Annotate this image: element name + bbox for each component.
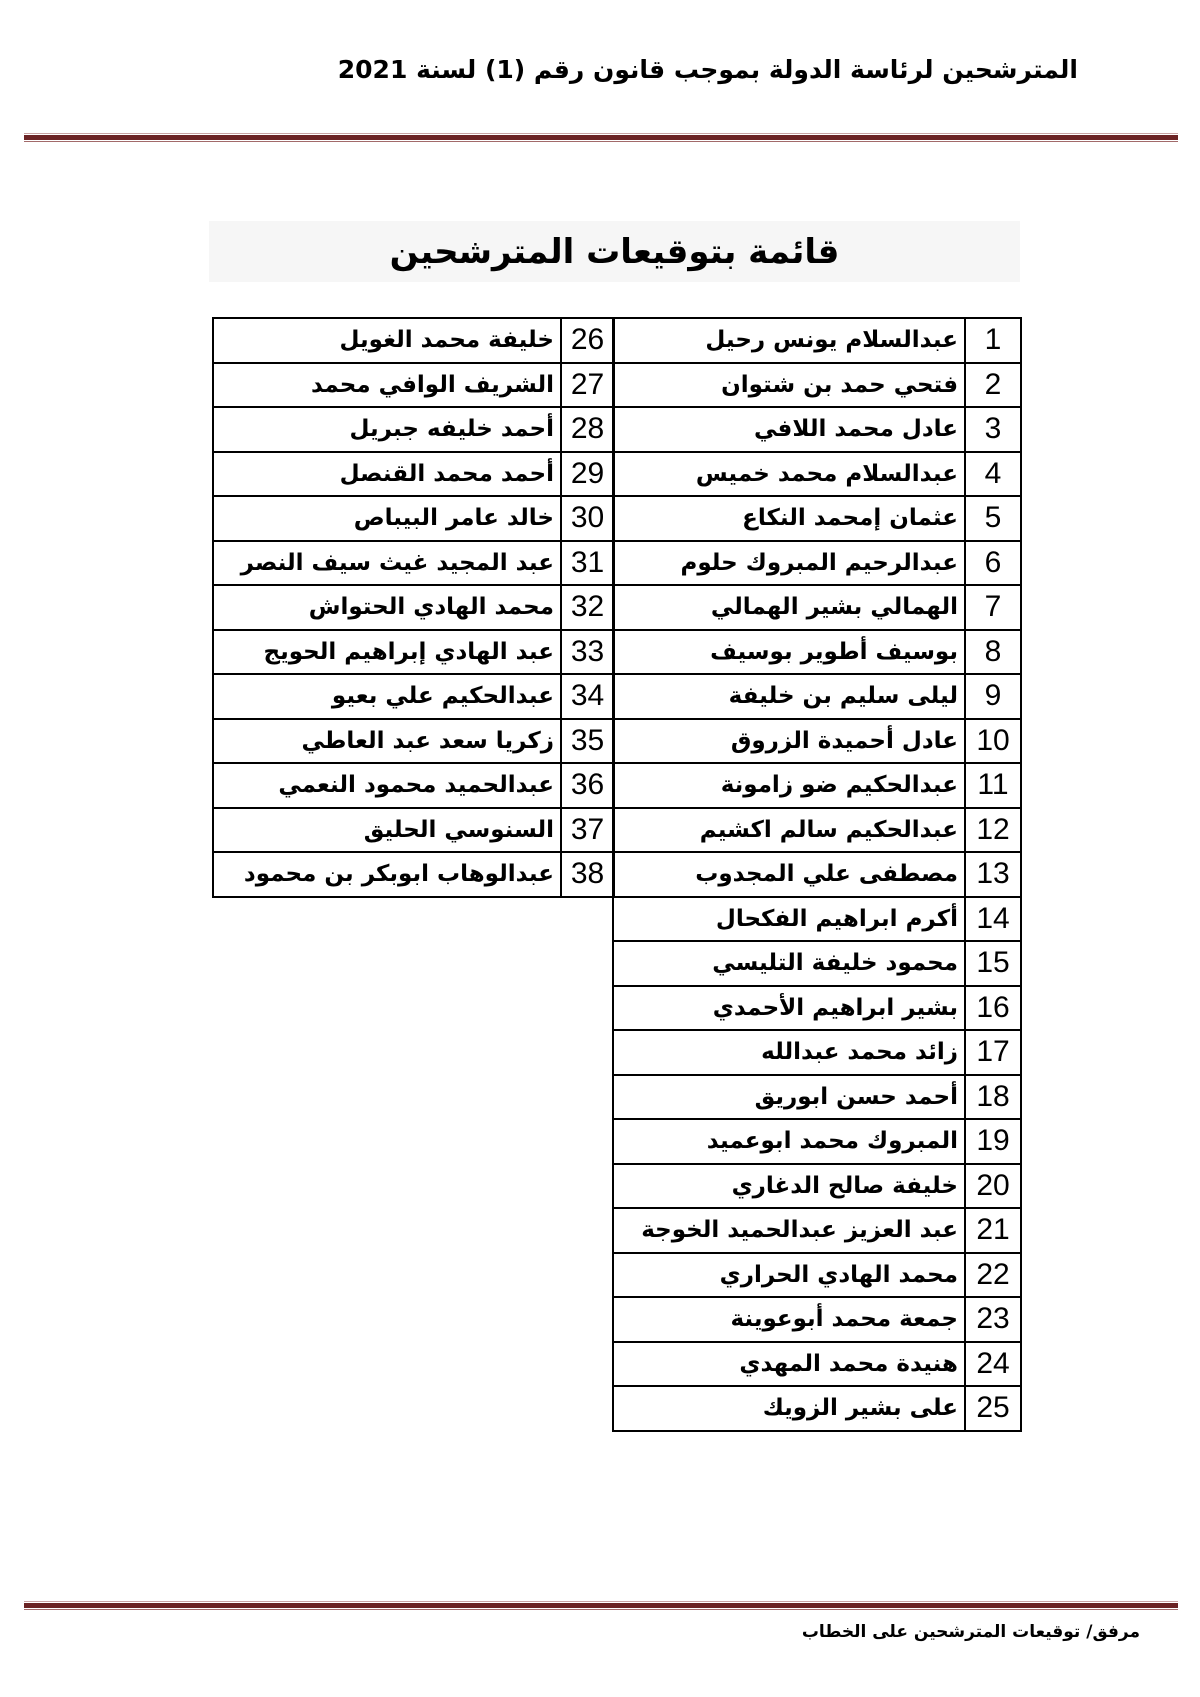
candidate-name: أحمد حسن ابوريق xyxy=(613,1075,965,1120)
candidate-name: بوسيف أطوير بوسيف xyxy=(613,630,965,675)
candidate-number: 20 xyxy=(965,1164,1021,1209)
candidate-number: 23 xyxy=(965,1297,1021,1342)
candidate-row: 27الشريف الوافي محمد xyxy=(213,363,614,408)
candidate-name: عبدالرحيم المبروك حلوم xyxy=(613,541,965,586)
candidate-name: عبدالحكيم ضو زامونة xyxy=(613,763,965,808)
candidate-row: 35زكريا سعد عبد العاطي xyxy=(213,719,614,764)
candidate-number: 15 xyxy=(965,941,1021,986)
candidate-number: 8 xyxy=(965,630,1021,675)
candidate-name: ليلى سليم بن خليفة xyxy=(613,674,965,719)
candidate-number: 27 xyxy=(561,363,614,408)
candidate-row: 33عبد الهادي إبراهيم الحويج xyxy=(213,630,614,675)
candidate-name: عادل محمد اللافي xyxy=(613,407,965,452)
candidate-name: عبد الهادي إبراهيم الحويج xyxy=(213,630,561,675)
candidate-number: 19 xyxy=(965,1119,1021,1164)
candidate-number: 37 xyxy=(561,808,614,853)
header-divider xyxy=(24,133,1178,142)
candidate-row: 36عبدالحميد محمود النعمي xyxy=(213,763,614,808)
candidates-table-left: 26خليفة محمد الغويل27الشريف الوافي محمد2… xyxy=(212,317,615,898)
candidate-number: 4 xyxy=(965,452,1021,497)
candidate-number: 3 xyxy=(965,407,1021,452)
candidate-row: 7الهمالي بشير الهمالي xyxy=(613,585,1021,630)
candidate-number: 16 xyxy=(965,986,1021,1031)
candidate-name: أكرم ابراهيم الفكحال xyxy=(613,897,965,942)
candidate-name: الهمالي بشير الهمالي xyxy=(613,585,965,630)
candidate-name: أحمد خليفه جبريل xyxy=(213,407,561,452)
candidate-number: 29 xyxy=(561,452,614,497)
candidate-name: على بشير الزويك xyxy=(613,1386,965,1431)
candidate-number: 7 xyxy=(965,585,1021,630)
candidate-row: 19المبروك محمد ابوعميد xyxy=(613,1119,1021,1164)
candidate-name: الشريف الوافي محمد xyxy=(213,363,561,408)
candidate-row: 16بشير ابراهيم الأحمدي xyxy=(613,986,1021,1031)
candidate-row: 6عبدالرحيم المبروك حلوم xyxy=(613,541,1021,586)
candidate-number: 13 xyxy=(965,852,1021,897)
candidate-number: 33 xyxy=(561,630,614,675)
candidate-name: عبدالسلام محمد خميس xyxy=(613,452,965,497)
candidate-number: 35 xyxy=(561,719,614,764)
candidate-number: 2 xyxy=(965,363,1021,408)
candidate-row: 34عبدالحكيم علي بعيو xyxy=(213,674,614,719)
candidate-row: 30خالد عامر البيباص xyxy=(213,496,614,541)
footer-attachment-note: مرفق/ توقيعات المترشحين على الخطاب xyxy=(802,1620,1140,1644)
candidate-row: 23جمعة محمد أبوعوينة xyxy=(613,1297,1021,1342)
candidate-number: 5 xyxy=(965,496,1021,541)
candidate-number: 25 xyxy=(965,1386,1021,1431)
candidate-number: 34 xyxy=(561,674,614,719)
document-header-title: المترشحين لرئاسة الدولة بموجب قانون رقم … xyxy=(400,52,1078,88)
candidate-number: 14 xyxy=(965,897,1021,942)
candidate-number: 11 xyxy=(965,763,1021,808)
candidate-row: 4عبدالسلام محمد خميس xyxy=(613,452,1021,497)
candidate-name: محمد الهادي الحتواش xyxy=(213,585,561,630)
candidate-row: 13مصطفى علي المجدوب xyxy=(613,852,1021,897)
candidate-name: عبدالوهاب ابوبكر بن محمود xyxy=(213,852,561,897)
candidate-name: السنوسي الحليق xyxy=(213,808,561,853)
candidate-name: محمد الهادي الحراري xyxy=(613,1253,965,1298)
candidate-number: 6 xyxy=(965,541,1021,586)
candidate-row: 5عثمان إمحمد النكاع xyxy=(613,496,1021,541)
candidate-number: 24 xyxy=(965,1342,1021,1387)
candidate-name: بشير ابراهيم الأحمدي xyxy=(613,986,965,1031)
candidate-row: 12عبدالحكيم سالم اكشيم xyxy=(613,808,1021,853)
candidate-number: 30 xyxy=(561,496,614,541)
list-title: قائمة بتوقيعات المترشحين xyxy=(390,232,840,272)
candidate-name: خالد عامر البيباص xyxy=(213,496,561,541)
candidate-row: 18أحمد حسن ابوريق xyxy=(613,1075,1021,1120)
candidate-number: 1 xyxy=(965,318,1021,363)
candidate-row: 31عبد المجيد غيث سيف النصر xyxy=(213,541,614,586)
candidate-name: خليفة صالح الدغاري xyxy=(613,1164,965,1209)
candidate-number: 31 xyxy=(561,541,614,586)
candidate-row: 37السنوسي الحليق xyxy=(213,808,614,853)
candidate-row: 15محمود خليفة التليسي xyxy=(613,941,1021,986)
candidate-name: عبد العزيز عبدالحميد الخوجة xyxy=(613,1208,965,1253)
candidates-table-right: 1عبدالسلام يونس رحيل2فتحي حمد بن شتوان3ع… xyxy=(612,317,1022,1432)
candidate-number: 32 xyxy=(561,585,614,630)
candidate-name: عبدالحكيم علي بعيو xyxy=(213,674,561,719)
candidate-number: 36 xyxy=(561,763,614,808)
candidate-row: 11عبدالحكيم ضو زامونة xyxy=(613,763,1021,808)
list-title-banner: قائمة بتوقيعات المترشحين xyxy=(209,221,1020,282)
candidate-name: عبدالسلام يونس رحيل xyxy=(613,318,965,363)
candidate-number: 9 xyxy=(965,674,1021,719)
candidate-name: المبروك محمد ابوعميد xyxy=(613,1119,965,1164)
candidate-name: زكريا سعد عبد العاطي xyxy=(213,719,561,764)
candidate-name: فتحي حمد بن شتوان xyxy=(613,363,965,408)
candidate-number: 21 xyxy=(965,1208,1021,1253)
candidate-row: 24هنيدة محمد المهدي xyxy=(613,1342,1021,1387)
candidate-row: 10عادل أحميدة الزروق xyxy=(613,719,1021,764)
candidate-row: 32محمد الهادي الحتواش xyxy=(213,585,614,630)
candidate-row: 22محمد الهادي الحراري xyxy=(613,1253,1021,1298)
candidate-row: 9ليلى سليم بن خليفة xyxy=(613,674,1021,719)
candidate-name: هنيدة محمد المهدي xyxy=(613,1342,965,1387)
candidate-number: 28 xyxy=(561,407,614,452)
candidate-row: 14أكرم ابراهيم الفكحال xyxy=(613,897,1021,942)
candidate-name: جمعة محمد أبوعوينة xyxy=(613,1297,965,1342)
candidate-name: عثمان إمحمد النكاع xyxy=(613,496,965,541)
candidate-number: 10 xyxy=(965,719,1021,764)
footer-divider xyxy=(24,1601,1178,1610)
candidate-row: 25على بشير الزويك xyxy=(613,1386,1021,1431)
candidate-name: عبدالحكيم سالم اكشيم xyxy=(613,808,965,853)
candidate-row: 20خليفة صالح الدغاري xyxy=(613,1164,1021,1209)
candidate-number: 22 xyxy=(965,1253,1021,1298)
candidate-name: عبدالحميد محمود النعمي xyxy=(213,763,561,808)
candidate-row: 28أحمد خليفه جبريل xyxy=(213,407,614,452)
candidate-row: 29أحمد محمد القنصل xyxy=(213,452,614,497)
candidate-name: محمود خليفة التليسي xyxy=(613,941,965,986)
candidate-name: خليفة محمد الغويل xyxy=(213,318,561,363)
candidate-row: 8بوسيف أطوير بوسيف xyxy=(613,630,1021,675)
candidate-name: مصطفى علي المجدوب xyxy=(613,852,965,897)
candidate-row: 3عادل محمد اللافي xyxy=(613,407,1021,452)
candidate-number: 18 xyxy=(965,1075,1021,1120)
candidate-name: عبد المجيد غيث سيف النصر xyxy=(213,541,561,586)
candidate-row: 26خليفة محمد الغويل xyxy=(213,318,614,363)
candidate-number: 12 xyxy=(965,808,1021,853)
candidate-row: 2فتحي حمد بن شتوان xyxy=(613,363,1021,408)
candidate-row: 1عبدالسلام يونس رحيل xyxy=(613,318,1021,363)
candidate-row: 21عبد العزيز عبدالحميد الخوجة xyxy=(613,1208,1021,1253)
candidate-number: 17 xyxy=(965,1030,1021,1075)
candidate-name: زائد محمد عبدالله xyxy=(613,1030,965,1075)
candidate-name: عادل أحميدة الزروق xyxy=(613,719,965,764)
candidate-row: 38عبدالوهاب ابوبكر بن محمود xyxy=(213,852,614,897)
candidate-number: 26 xyxy=(561,318,614,363)
candidate-row: 17زائد محمد عبدالله xyxy=(613,1030,1021,1075)
candidate-number: 38 xyxy=(561,852,614,897)
candidate-name: أحمد محمد القنصل xyxy=(213,452,561,497)
